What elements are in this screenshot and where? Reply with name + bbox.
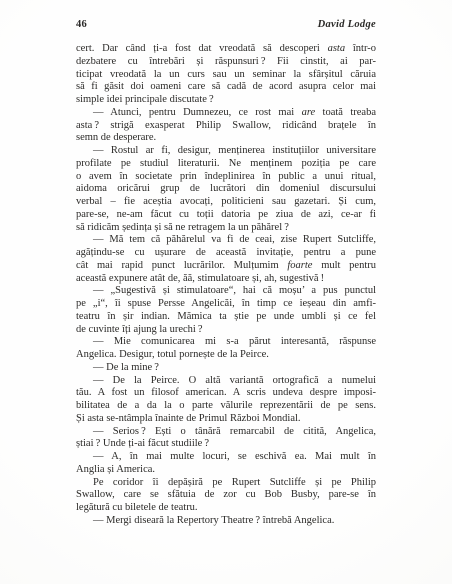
text-segment: dezbatere cu întrebări și răspunsuri ? F… [76, 56, 376, 67]
text-segment: cert. Dar când ți-a fost dat vreodată să… [76, 43, 328, 54]
text-segment: — Rostul ar fi, desigur, menținerea inst… [93, 145, 376, 156]
text-segment: — De la Peirce. O altă variantă ortograf… [93, 375, 376, 386]
text-segment: semn de desperare. [76, 132, 156, 143]
text-line: știai ? Unde ți-ai făcut studiile ? [76, 438, 376, 451]
text-segment: simple idei principale discutate ? [76, 94, 214, 105]
running-title-author: David Lodge [318, 19, 376, 30]
text-segment: — A, în mai multe locuri, se eschivă ea.… [93, 451, 376, 462]
text-line: Pe coridor îi depășiră pe Rupert Sutclif… [76, 477, 376, 490]
italic-text-segment: asta [328, 43, 346, 54]
text-segment: asta ? strigă exasperat Philip Swallow, … [76, 120, 376, 131]
text-segment: — Mă tem că păhărelul va fi de ceai, zis… [93, 234, 376, 245]
text-line: — Atunci, pentru Dumnezeu, ce rost mai a… [76, 107, 376, 120]
text-segment: — Serios ? Ești o tânără remarcabil de c… [93, 426, 376, 437]
text-line: dezbatere cu întrebări și răspunsuri ? F… [76, 56, 376, 69]
text-line: Swallow, care se sfătuia de zor cu Bob B… [76, 489, 376, 502]
text-line: — Rostul ar fi, desigur, menținerea inst… [76, 145, 376, 158]
text-line: să ridicăm ședința și să ne retragem la … [76, 222, 376, 235]
text-line: asta ? strigă exasperat Philip Swallow, … [76, 120, 376, 133]
text-line: — Mie comunicarea mi s-a părut interesan… [76, 336, 376, 349]
text-line: simple idei principale discutate ? [76, 94, 376, 107]
text-segment: aidoma oricărui grup de lucrători din do… [76, 183, 376, 194]
italic-text-segment: foarte [287, 260, 312, 271]
text-segment: pare-se, ne-am făcut cu toții datoria pe… [76, 209, 376, 220]
text-segment: tău. A fost un filosof american. A scris… [76, 387, 376, 398]
text-line: o avem în societate prin îndeplinirea în… [76, 171, 376, 184]
text-line: profilate pe studiul literaturii. Ne men… [76, 158, 376, 171]
text-segment: toată treaba [315, 107, 376, 118]
text-segment: agățindu-se cu ușurare de această invita… [76, 247, 376, 258]
text-line: această expunere atât de, ăă, stimulatoa… [76, 273, 376, 286]
text-line: legătură cu biletele de teatru. [76, 502, 376, 515]
text-segment: — „Sugestivă și stimulatoare“, hai că mo… [93, 285, 376, 296]
text-segment: verbal – fie aceștia avocați, politicien… [76, 196, 376, 207]
text-line: să fi găsit doi oameni care să cadă de a… [76, 81, 376, 94]
text-line: — Mă tem că păhărelul va fi de ceai, zis… [76, 234, 376, 247]
text-line: ticipat vreodată la un curs sau un semin… [76, 69, 376, 82]
text-segment: Angelica. Desigur, totul pornește de la … [76, 349, 269, 360]
italic-text-segment: are [302, 107, 316, 118]
text-segment: mult pentru [312, 260, 376, 271]
text-segment: pe „i“, îi spuse Persse Angelicăi, în ti… [76, 298, 376, 309]
text-line: pare-se, ne-am făcut cu toții datoria pe… [76, 209, 376, 222]
text-line: teatru în șir indian. Mămica ta știe pe … [76, 311, 376, 324]
text-line: Angelica. Desigur, totul pornește de la … [76, 349, 376, 362]
text-line: — De la mine ? [76, 362, 376, 375]
text-segment: profilate pe studiul literaturii. Ne men… [76, 158, 376, 169]
page-header: 46 David Lodge [76, 19, 376, 33]
text-segment: Pe coridor îi depășiră pe Rupert Sutclif… [93, 477, 376, 488]
text-segment: să ridicăm ședința și să ne retragem la … [76, 222, 289, 233]
text-segment: o avem în societate prin îndeplinirea în… [76, 171, 376, 182]
body-text: cert. Dar când ți-a fost dat vreodată să… [76, 43, 376, 528]
text-segment: Swallow, care se sfătuia de zor cu Bob B… [76, 489, 376, 500]
text-segment: într-o [345, 43, 376, 54]
page-number: 46 [76, 19, 87, 30]
text-line: cât mai rapid punct lucrărilor. Mulțumim… [76, 260, 376, 273]
text-line: Și asta se-ntâmpla înainte de Primul Răz… [76, 413, 376, 426]
text-line: semn de desperare. [76, 132, 376, 145]
text-line: bilitatea de a da la o parte vălurile re… [76, 400, 376, 413]
text-segment: — De la mine ? [93, 362, 159, 373]
text-line: — A, în mai multe locuri, se eschivă ea.… [76, 451, 376, 464]
text-segment: cât mai rapid punct lucrărilor. Mulțumim [76, 260, 287, 271]
text-line: — Serios ? Ești o tânără remarcabil de c… [76, 426, 376, 439]
text-line: tău. A fost un filosof american. A scris… [76, 387, 376, 400]
text-line: Anglia și America. [76, 464, 376, 477]
text-line: verbal – fie aceștia avocați, politicien… [76, 196, 376, 209]
text-line: — De la Peirce. O altă variantă ortograf… [76, 375, 376, 388]
text-segment: — Mie comunicarea mi s-a părut interesan… [93, 336, 376, 347]
text-segment: această expunere atât de, ăă, stimulatoa… [76, 273, 324, 284]
text-segment: — Mergi diseară la Repertory Theatre ? î… [93, 515, 334, 526]
text-segment: ticipat vreodată la un curs sau un semin… [76, 69, 376, 80]
text-line: de cuvinte îți ajung la urechi ? [76, 324, 376, 337]
text-line: pe „i“, îi spuse Persse Angelicăi, în ti… [76, 298, 376, 311]
text-segment: teatru în șir indian. Mămica ta știe pe … [76, 311, 376, 322]
text-line: — „Sugestivă și stimulatoare“, hai că mo… [76, 285, 376, 298]
book-page: 46 David Lodge cert. Dar când ți-a fost … [0, 0, 452, 584]
text-segment: să fi găsit doi oameni care să cadă de a… [76, 81, 376, 92]
text-segment: — Atunci, pentru Dumnezeu, ce rost mai [93, 107, 302, 118]
text-segment: bilitatea de a da la o parte vălurile re… [76, 400, 376, 411]
text-segment: știai ? Unde ți-ai făcut studiile ? [76, 438, 209, 449]
text-line: aidoma oricărui grup de lucrători din do… [76, 183, 376, 196]
text-segment: de cuvinte îți ajung la urechi ? [76, 324, 203, 335]
text-segment: Anglia și America. [76, 464, 155, 475]
text-line: — Mergi diseară la Repertory Theatre ? î… [76, 515, 376, 528]
text-line: agățindu-se cu ușurare de această invita… [76, 247, 376, 260]
text-segment: legătură cu biletele de teatru. [76, 502, 198, 513]
text-line: cert. Dar când ți-a fost dat vreodată să… [76, 43, 376, 56]
text-segment: Și asta se-ntâmpla înainte de Primul Răz… [76, 413, 301, 424]
